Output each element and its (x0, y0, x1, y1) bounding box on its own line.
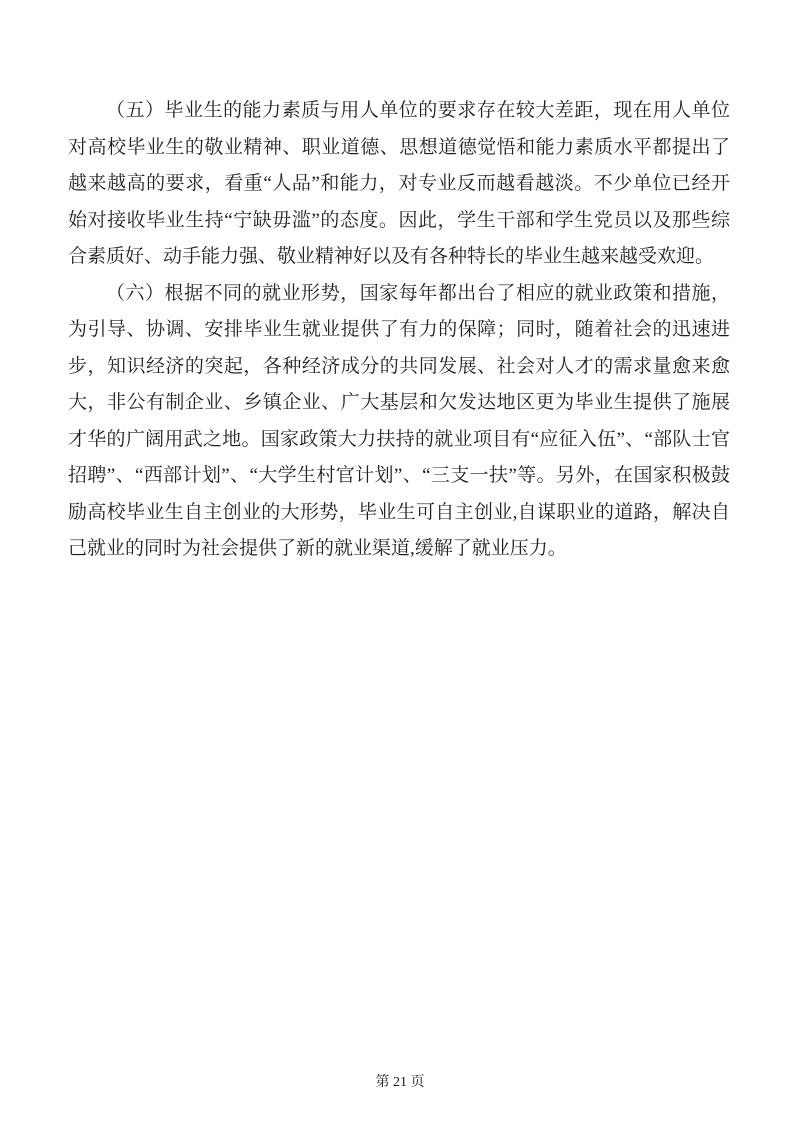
page-number: 第 21 页 (376, 1075, 425, 1090)
paragraph-item-6: （六）根据不同的就业形势，国家每年都出台了相应的就业政策和措施，为引导、协调、安… (68, 276, 730, 568)
document-page: （五）毕业生的能力素质与用人单位的要求存在较大差距，现在用人单位对高校毕业生的敬… (0, 0, 800, 1132)
paragraph-item-5: （五）毕业生的能力素质与用人单位的要求存在较大差距，现在用人单位对高校毕业生的敬… (68, 93, 730, 276)
page-footer: 第 21 页 (0, 1074, 800, 1092)
document-body: （五）毕业生的能力素质与用人单位的要求存在较大差距，现在用人单位对高校毕业生的敬… (68, 93, 730, 568)
